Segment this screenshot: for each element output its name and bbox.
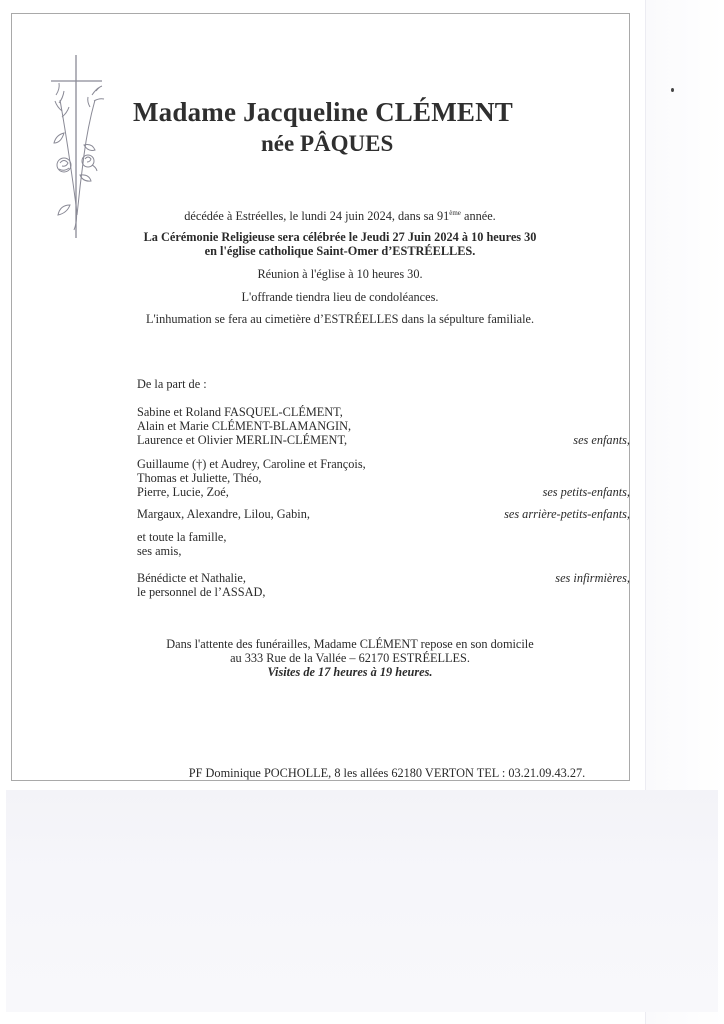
repose-line-1: Dans l'attente des funérailles, Madame C… bbox=[110, 637, 590, 651]
family-role: ses arrière-petits-enfants, bbox=[504, 507, 630, 522]
visiting-hours: Visites de 17 heures à 19 heures. bbox=[110, 665, 590, 679]
repose-line-2: au 333 Rue de la Vallée – 62170 ESTRÉELL… bbox=[110, 651, 590, 665]
death-line-end: année. bbox=[461, 209, 496, 223]
funeral-home-footer: PF Dominique POCHOLLE, 8 les allées 6218… bbox=[0, 766, 724, 781]
meeting-info: Réunion à l'église à 10 heures 30. bbox=[100, 267, 580, 281]
death-line-text: décédée à Estréelles, le lundi 24 juin 2… bbox=[184, 209, 449, 223]
deceased-name: Madame Jacqueline CLÉMENT bbox=[0, 97, 724, 128]
burial-info: L'inhumation se fera au cimetière d’ESTR… bbox=[100, 312, 580, 326]
family-role: ses petits-enfants, bbox=[543, 485, 630, 500]
family-line: Sabine et Roland FASQUEL-CLÉMENT, bbox=[137, 405, 343, 419]
ceremony-line-1: La Cérémonie Religieuse sera célébrée le… bbox=[100, 230, 580, 244]
family-intro: De la part de : bbox=[137, 377, 207, 391]
family-role: ses infirmières, bbox=[555, 571, 630, 586]
family-line: Thomas et Juliette, Théo, bbox=[137, 471, 261, 485]
family-line: le personnel de l’ASSAD, bbox=[137, 585, 265, 599]
scan-background bbox=[6, 790, 718, 1012]
family-role: ses enfants, bbox=[573, 433, 630, 448]
death-announcement: décédée à Estréelles, le lundi 24 juin 2… bbox=[100, 206, 580, 223]
family-line: Margaux, Alexandre, Lilou, Gabin, bbox=[137, 507, 310, 521]
family-line: Alain et Marie CLÉMENT-BLAMANGIN, bbox=[137, 419, 351, 433]
maiden-name: née PÂQUES bbox=[261, 131, 393, 157]
family-line: Guillaume (†) et Audrey, Caroline et Fra… bbox=[137, 457, 366, 471]
ceremony-line-2: en l'église catholique Saint-Omer d’ESTR… bbox=[100, 244, 580, 258]
family-line: ses amis, bbox=[137, 544, 181, 558]
family-line: Pierre, Lucie, Zoé, bbox=[137, 485, 229, 499]
ordinal-suffix: ème bbox=[449, 209, 461, 217]
offering-info: L'offrande tiendra lieu de condoléances. bbox=[100, 290, 580, 304]
family-line: et toute la famille, bbox=[137, 530, 226, 544]
family-line: Bénédicte et Nathalie, bbox=[137, 571, 246, 585]
scan-speck bbox=[671, 88, 674, 92]
family-line: Laurence et Olivier MERLIN-CLÉMENT, bbox=[137, 433, 347, 447]
